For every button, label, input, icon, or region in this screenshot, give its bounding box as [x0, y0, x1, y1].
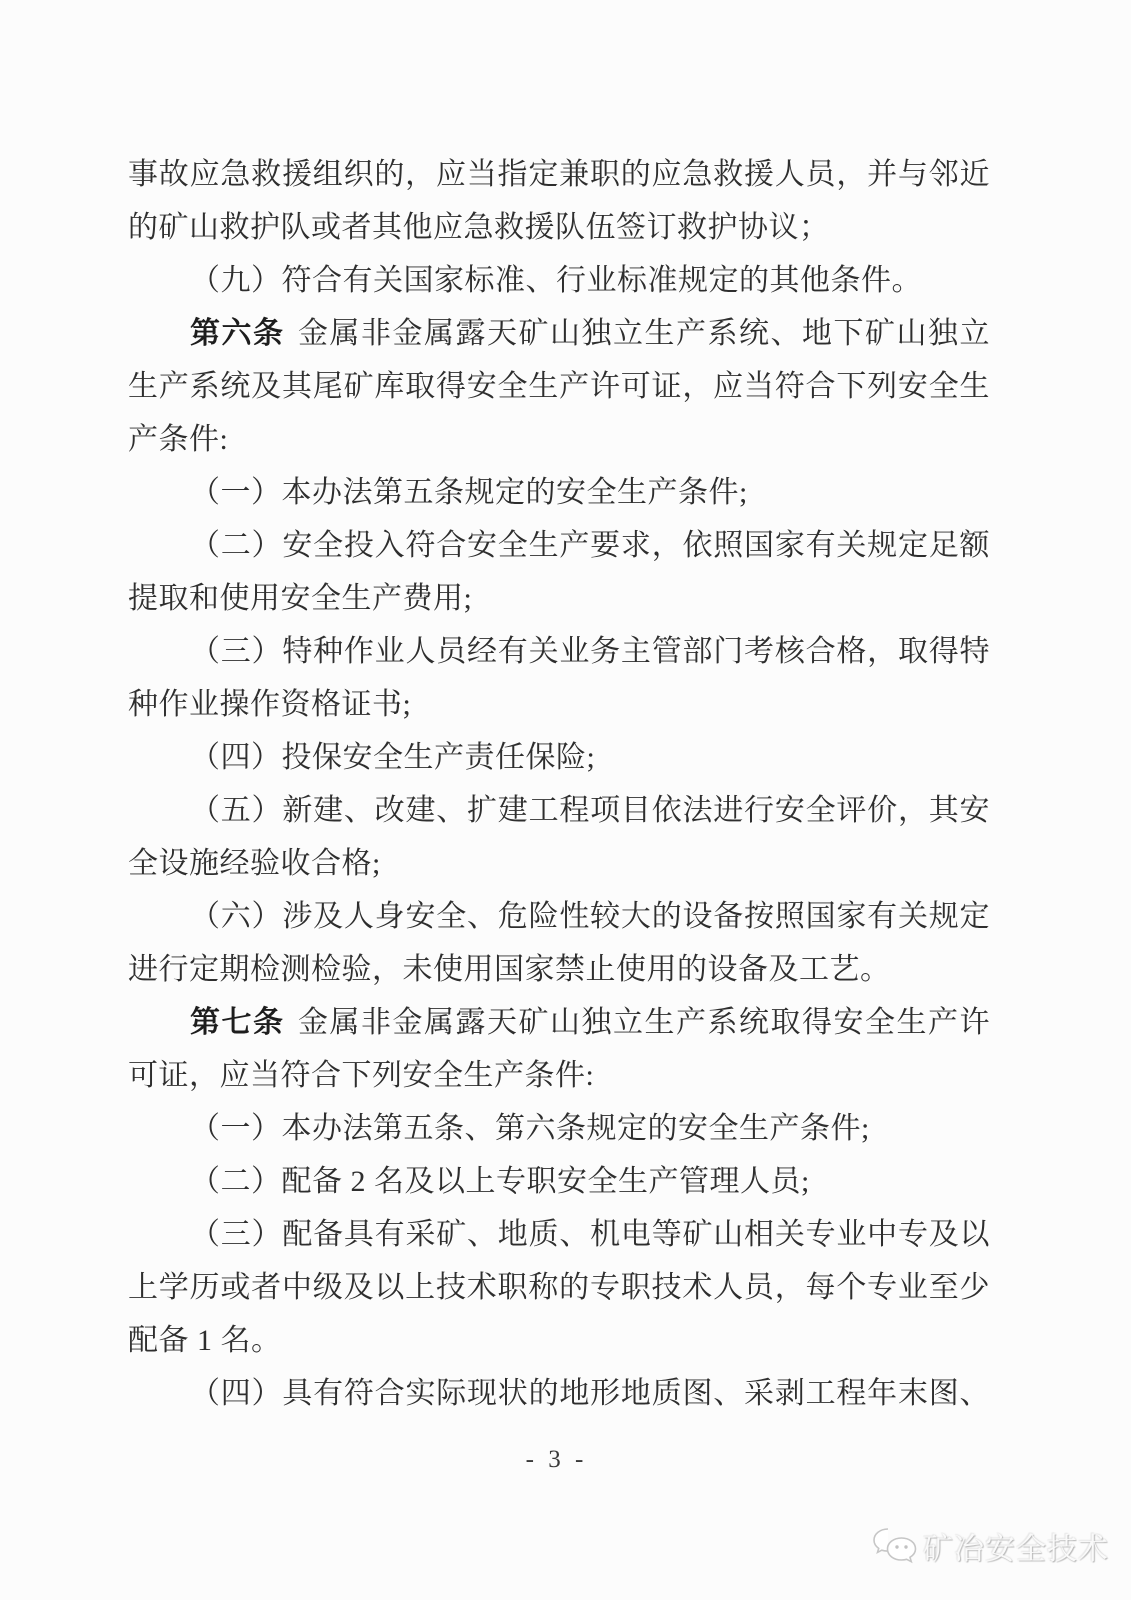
- text-line: 进行定期检测检验，未使用国家禁止使用的设备及工艺。: [128, 943, 990, 996]
- line-text: 事故应急救援组织的，应当指定兼职的应急救援人员，并与邻近: [128, 158, 990, 191]
- line-text: 金属非金属露天矿山独立生产系统、地下矿山独立: [298, 317, 990, 350]
- article-number: 第七条: [190, 1006, 285, 1039]
- text-line: （五）新建、改建、扩建工程项目依法进行安全评价，其安: [128, 784, 990, 837]
- text-line: （四）具有符合实际现状的地形地质图、采剥工程年末图、: [128, 1367, 990, 1420]
- line-text: 提取和使用安全生产费用;: [128, 582, 472, 615]
- line-text: （四）具有符合实际现状的地形地质图、采剥工程年末图、: [190, 1377, 990, 1410]
- text-line: （六）涉及人身安全、危险性较大的设备按照国家有关规定: [128, 890, 990, 943]
- text-line: 全设施经验收合格;: [128, 837, 990, 890]
- watermark: 矿冶安全技术: [872, 1524, 1109, 1568]
- line-text: 的矿山救护队或者其他应急救援队伍签订救护协议；: [128, 211, 830, 244]
- text-line: 产条件:: [128, 413, 990, 466]
- text-line: （一）本办法第五条规定的安全生产条件;: [128, 466, 990, 519]
- line-text: （四）投保安全生产责任保险;: [190, 741, 595, 774]
- line-text: 产条件:: [128, 423, 228, 456]
- line-text: （二）配备 2 名及以上专职安全生产管理人员;: [190, 1165, 810, 1198]
- text-line: 事故应急救援组织的，应当指定兼职的应急救援人员，并与邻近: [128, 148, 990, 201]
- line-text: 金属非金属露天矿山独立生产系统取得安全生产许: [298, 1006, 990, 1039]
- line-text: 配备 1 名。: [128, 1324, 282, 1357]
- text-line: （四）投保安全生产责任保险;: [128, 731, 990, 784]
- document-body: 事故应急救援组织的，应当指定兼职的应急救援人员，并与邻近的矿山救护队或者其他应急…: [128, 148, 990, 1420]
- line-text: 生产系统及其尾矿库取得安全生产许可证，应当符合下列安全生: [128, 370, 990, 403]
- wechat-icon: [872, 1526, 918, 1566]
- line-text: （一）本办法第五条规定的安全生产条件;: [190, 476, 748, 509]
- text-line: 种作业操作资格证书;: [128, 678, 990, 731]
- line-text: 可证，应当符合下列安全生产条件:: [128, 1059, 594, 1092]
- text-line: 第七条金属非金属露天矿山独立生产系统取得安全生产许: [128, 996, 990, 1049]
- page-number: - 3 -: [0, 1446, 1113, 1474]
- text-line: 可证，应当符合下列安全生产条件:: [128, 1049, 990, 1102]
- text-line: （三）特种作业人员经有关业务主管部门考核合格，取得特: [128, 625, 990, 678]
- line-text: 进行定期检测检验，未使用国家禁止使用的设备及工艺。: [128, 953, 891, 986]
- watermark-text: 矿冶安全技术: [923, 1524, 1109, 1568]
- document-page: 事故应急救援组织的，应当指定兼职的应急救援人员，并与邻近的矿山救护队或者其他应急…: [0, 0, 1131, 1600]
- text-line: （一）本办法第五条、第六条规定的安全生产条件;: [128, 1102, 990, 1155]
- line-text: 种作业操作资格证书;: [128, 688, 411, 721]
- line-text: （三）特种作业人员经有关业务主管部门考核合格，取得特: [190, 635, 990, 668]
- line-text: 上学历或者中级及以上技术职称的专职技术人员，每个专业至少: [128, 1271, 990, 1304]
- line-text: （九）符合有关国家标准、行业标准规定的其他条件。: [190, 264, 922, 297]
- line-text: （一）本办法第五条、第六条规定的安全生产条件;: [190, 1112, 870, 1145]
- text-line: （三）配备具有采矿、地质、机电等矿山相关专业中专及以: [128, 1208, 990, 1261]
- text-line: （二）安全投入符合安全生产要求，依照国家有关规定足额: [128, 519, 990, 572]
- text-line: 上学历或者中级及以上技术职称的专职技术人员，每个专业至少: [128, 1261, 990, 1314]
- article-number: 第六条: [190, 317, 285, 350]
- text-line: 生产系统及其尾矿库取得安全生产许可证，应当符合下列安全生: [128, 360, 990, 413]
- line-text: （五）新建、改建、扩建工程项目依法进行安全评价，其安: [190, 794, 990, 827]
- text-line: 提取和使用安全生产费用;: [128, 572, 990, 625]
- line-text: （二）安全投入符合安全生产要求，依照国家有关规定足额: [190, 529, 990, 562]
- text-line: 第六条金属非金属露天矿山独立生产系统、地下矿山独立: [128, 307, 990, 360]
- line-text: 全设施经验收合格;: [128, 847, 381, 880]
- text-line: （九）符合有关国家标准、行业标准规定的其他条件。: [128, 254, 990, 307]
- line-text: （六）涉及人身安全、危险性较大的设备按照国家有关规定: [190, 900, 990, 933]
- text-line: 的矿山救护队或者其他应急救援队伍签订救护协议；: [128, 201, 990, 254]
- line-text: （三）配备具有采矿、地质、机电等矿山相关专业中专及以: [190, 1218, 990, 1251]
- text-line: 配备 1 名。: [128, 1314, 990, 1367]
- text-line: （二）配备 2 名及以上专职安全生产管理人员;: [128, 1155, 990, 1208]
